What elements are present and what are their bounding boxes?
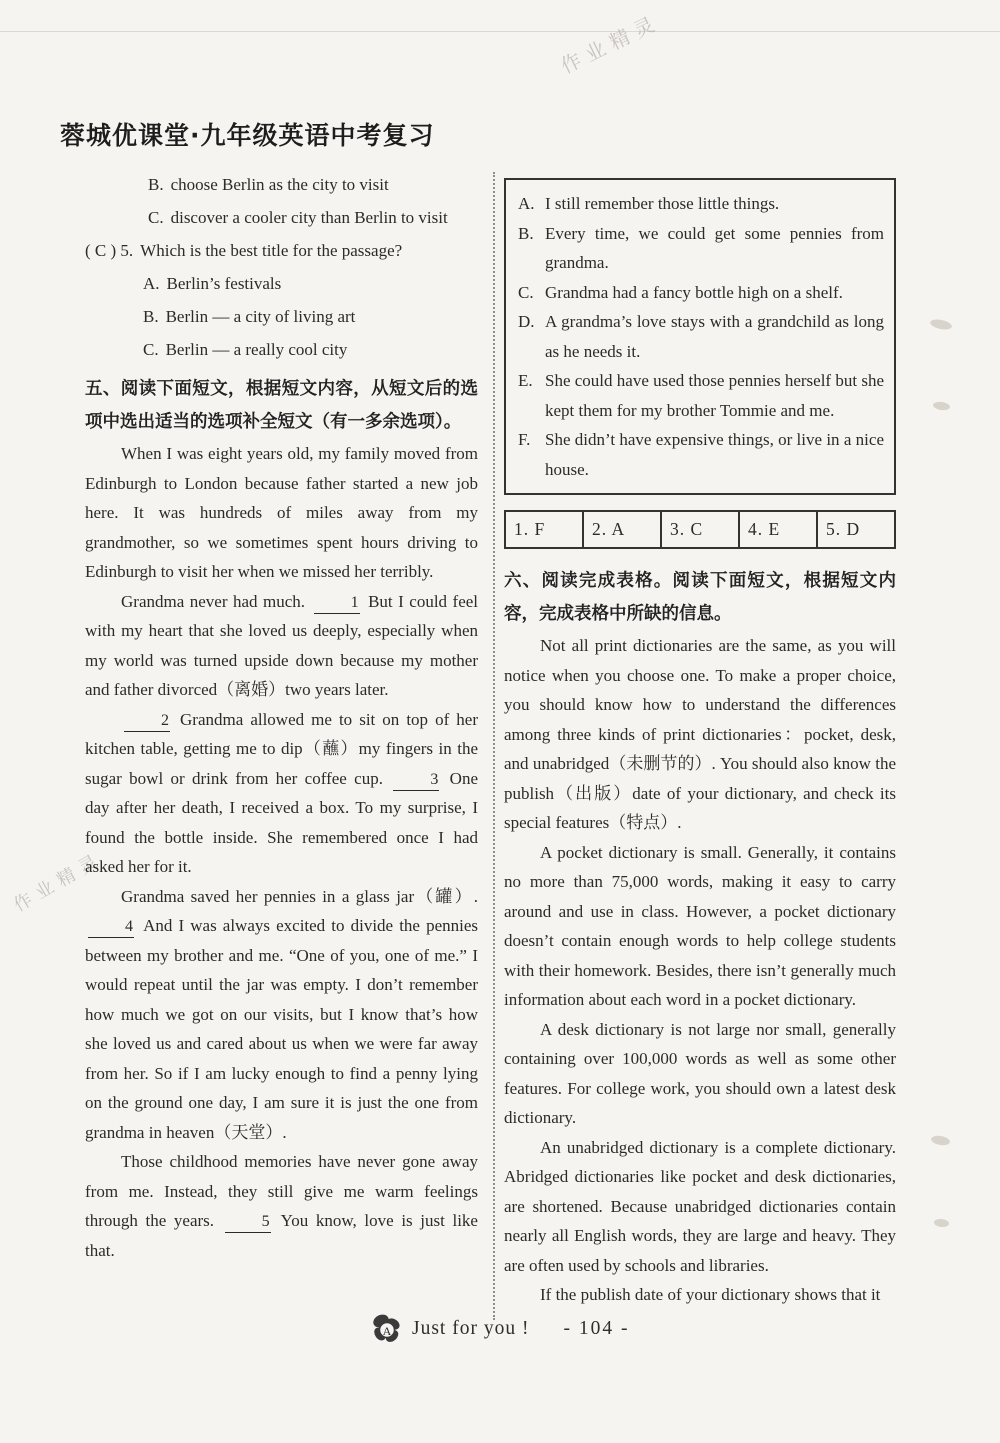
watermark-text: 作业精灵	[555, 6, 665, 79]
option-line: B.choose Berlin as the city to visit	[85, 168, 478, 201]
answer-cell: 2. A	[584, 512, 662, 547]
passage-paragraph: An unabridged dictionary is a complete d…	[504, 1133, 896, 1281]
paragraph-text: A desk dictionary is not large nor small…	[504, 1020, 896, 1128]
choice-text: She didn’t have expensive things, or liv…	[545, 425, 884, 484]
answer-cell: 5. D	[818, 512, 894, 547]
paragraph-text: Grandma never had much.	[121, 592, 305, 611]
scan-smudge	[930, 1134, 950, 1146]
section-5-heading: 五、阅读下面短文，根据短文内容，从短文后的选项中选出适当的选项补全短文（有一多余…	[85, 373, 478, 439]
footer-brand-text: Just for you !	[412, 1318, 529, 1340]
fill-blank-4: 4	[88, 916, 134, 938]
left-column: B.choose Berlin as the city to visit C.d…	[85, 168, 478, 1265]
option-label: B.	[148, 175, 164, 194]
passage-paragraph: A desk dictionary is not large nor small…	[504, 1015, 896, 1133]
right-column: A. I still remember those little things.…	[504, 178, 896, 1310]
choice-text: She could have used those pennies hersel…	[545, 366, 884, 425]
scanned-workbook-page: 作业精灵 作业精灵 蓉城优课堂·九年级英语中考复习 B.choose Berli…	[0, 0, 1000, 1443]
paragraph-text: A pocket dictionary is small. Generally,…	[504, 843, 896, 1010]
choice-label: A.	[518, 189, 545, 219]
fill-blank-1: 1	[314, 592, 360, 614]
passage-paragraph: Grandma never had much. 1 But I could fe…	[85, 587, 478, 705]
choice-text: Grandma had a fancy bottle high on a she…	[545, 278, 884, 308]
passage-paragraph: Grandma saved her pennies in a glass jar…	[85, 882, 478, 1148]
paragraph-text: When I was eight years old, my family mo…	[85, 444, 478, 581]
choice-item: C. Grandma had a fancy bottle high on a …	[518, 278, 884, 308]
choice-label: D.	[518, 307, 545, 366]
fill-blank-3: 3	[393, 769, 439, 791]
answer-cell: 4. E	[740, 512, 818, 547]
passage-paragraph: Those childhood memories have never gone…	[85, 1147, 478, 1265]
option-text: Berlin — a really cool city	[166, 340, 348, 359]
choice-item: F. She didn’t have expensive things, or …	[518, 425, 884, 484]
option-label: A.	[143, 274, 160, 293]
option-label: C.	[143, 340, 159, 359]
answer-cell: 1. F	[506, 512, 584, 547]
answer-cell: 3. C	[662, 512, 740, 547]
option-line: C.Berlin — a really cool city	[85, 333, 478, 366]
passage-paragraph: Not all print dictionaries are the same,…	[504, 631, 896, 838]
paragraph-text: An unabridged dictionary is a complete d…	[504, 1138, 896, 1275]
passage-paragraph: If the publish date of your dictionary s…	[504, 1280, 896, 1310]
paragraph-text: If the publish date of your dictionary s…	[540, 1285, 880, 1304]
option-line: B.Berlin — a city of living art	[85, 300, 478, 333]
option-label: B.	[143, 307, 159, 326]
page-footer: A Just for you ! - 104 -	[370, 1312, 629, 1346]
question-5-line: ( C ) 5.Which is the best title for the …	[85, 234, 478, 267]
passage-paragraph: 2 Grandma allowed me to sit on top of he…	[85, 705, 478, 882]
choice-label: F.	[518, 425, 545, 484]
choice-label: E.	[518, 366, 545, 425]
paragraph-text: Not all print dictionaries are the same,…	[504, 636, 896, 832]
choice-item: B. Every time, we could get some pennies…	[518, 219, 884, 278]
page-header-title: 蓉城优课堂·九年级英语中考复习	[60, 116, 435, 152]
fill-blank-5: 5	[225, 1211, 271, 1233]
choice-text: A grandma’s love stays with a grandchild…	[545, 307, 884, 366]
option-label: C.	[148, 208, 164, 227]
choice-label: C.	[518, 278, 545, 308]
section-6-heading: 六、阅读完成表格。阅读下面短文，根据短文内容，完成表格中所缺的信息。	[504, 565, 896, 631]
choice-text: Every time, we could get some pennies fr…	[545, 219, 884, 278]
question-text: Which is the best title for the passage?	[140, 241, 402, 260]
scan-edge-line	[0, 31, 1000, 32]
option-text: discover a cooler city than Berlin to vi…	[171, 208, 448, 227]
column-divider	[493, 172, 495, 1320]
paragraph-text: Grandma saved her pennies in a glass jar…	[121, 887, 478, 906]
answer-table: 1. F 2. A 3. C 4. E 5. D	[504, 510, 896, 549]
fill-blank-2: 2	[124, 710, 170, 732]
paragraph-text: And I was always excited to divide the p…	[85, 916, 478, 1142]
svg-text:A: A	[383, 1324, 392, 1338]
page-number: - 104 -	[563, 1318, 629, 1340]
scan-smudge	[934, 1218, 950, 1228]
option-line: A.Berlin’s festivals	[85, 267, 478, 300]
passage-paragraph: A pocket dictionary is small. Generally,…	[504, 838, 896, 1015]
option-text: Berlin’s festivals	[167, 274, 282, 293]
choice-item: D. A grandma’s love stays with a grandch…	[518, 307, 884, 366]
choice-label: B.	[518, 219, 545, 278]
scan-smudge	[933, 401, 951, 411]
option-text: Berlin — a city of living art	[166, 307, 356, 326]
choices-box: A. I still remember those little things.…	[504, 178, 896, 495]
choice-item: A. I still remember those little things.	[518, 189, 884, 219]
scan-smudge	[929, 318, 952, 331]
option-line: C.discover a cooler city than Berlin to …	[85, 201, 478, 234]
choice-item: E. She could have used those pennies her…	[518, 366, 884, 425]
flower-logo-icon: A	[370, 1312, 404, 1346]
option-text: choose Berlin as the city to visit	[171, 175, 389, 194]
choice-text: I still remember those little things.	[545, 189, 884, 219]
passage-paragraph: When I was eight years old, my family mo…	[85, 439, 478, 587]
answer-prefix: ( C ) 5.	[85, 241, 133, 260]
